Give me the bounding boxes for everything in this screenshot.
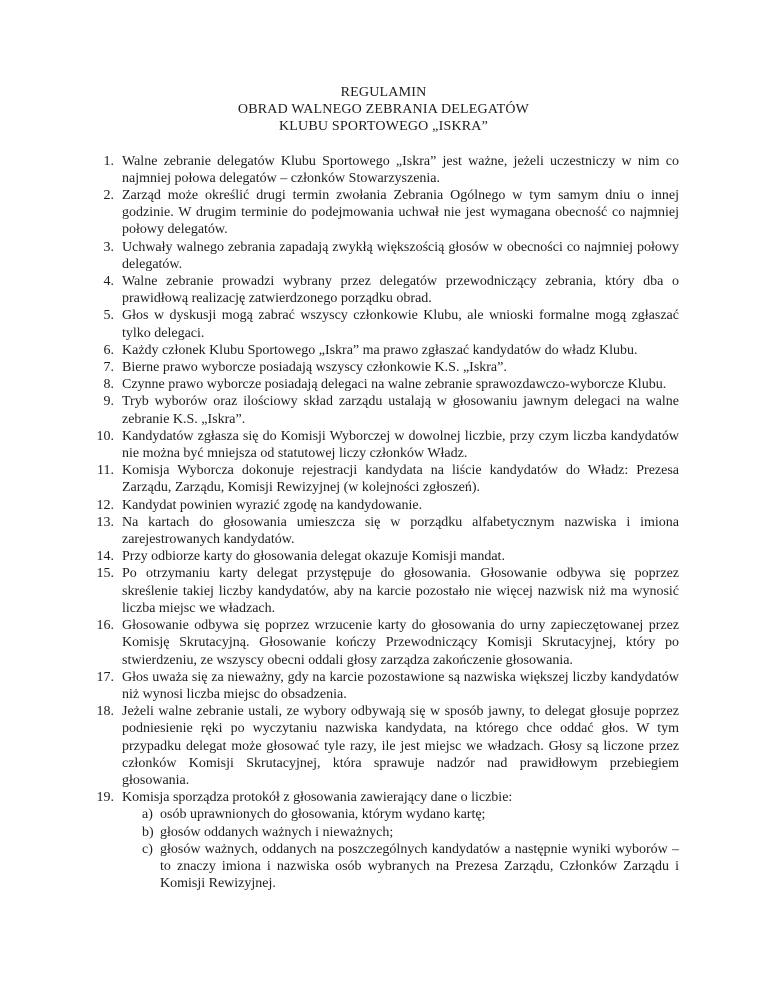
list-item: 5. Głos w dyskusji mogą zabrać wszyscy c… bbox=[88, 307, 679, 341]
sub-list-item: b) głosów oddanych ważnych i nieważnych; bbox=[142, 824, 679, 841]
list-item: 17. Głos uważa się za nieważny, gdy na k… bbox=[88, 669, 679, 703]
list-item-text: Walne zebranie delegatów Klubu Sportoweg… bbox=[122, 153, 679, 187]
list-item: 14. Przy odbiorze karty do głosowania de… bbox=[88, 548, 679, 565]
list-item-number: 10. bbox=[88, 428, 114, 462]
list-item-text: Kandydatów zgłasza się do Komisji Wyborc… bbox=[122, 428, 679, 462]
list-item: 9. Tryb wyborów oraz ilościowy skład zar… bbox=[88, 393, 679, 427]
list-item-number: 16. bbox=[88, 617, 114, 669]
list-item-number: 17. bbox=[88, 669, 114, 703]
list-item-number: 15. bbox=[88, 565, 114, 617]
list-item-number: 5. bbox=[88, 307, 114, 341]
list-item: 4. Walne zebranie prowadzi wybrany przez… bbox=[88, 273, 679, 307]
list-item: 7. Bierne prawo wyborcze posiadają wszys… bbox=[88, 359, 679, 376]
document-title: REGULAMIN OBRAD WALNEGO ZEBRANIA DELEGAT… bbox=[88, 0, 679, 136]
list-item-number: 7. bbox=[88, 359, 114, 376]
document-title-line-2: OBRAD WALNEGO ZEBRANIA DELEGATÓW bbox=[88, 101, 679, 118]
list-item: 10. Kandydatów zgłasza się do Komisji Wy… bbox=[88, 428, 679, 462]
sub-list-item-text: głosów ważnych, oddanych na poszczególny… bbox=[160, 841, 679, 893]
list-item-number: 9. bbox=[88, 393, 114, 427]
list-item: 18. Jeżeli walne zebranie ustali, ze wyb… bbox=[88, 703, 679, 789]
list-item-text: Bierne prawo wyborcze posiadają wszyscy … bbox=[122, 359, 679, 376]
list-item-text: Głosowanie odbywa się poprzez wrzucenie … bbox=[122, 617, 679, 669]
list-item-text: Uchwały walnego zebrania zapadają zwykłą… bbox=[122, 239, 679, 273]
document-page: REGULAMIN OBRAD WALNEGO ZEBRANIA DELEGAT… bbox=[0, 0, 768, 994]
list-item-text: Walne zebranie prowadzi wybrany przez de… bbox=[122, 273, 679, 307]
regulation-list: 1. Walne zebranie delegatów Klubu Sporto… bbox=[88, 153, 679, 893]
sub-list: a) osób uprawnionych do głosowania, któr… bbox=[142, 806, 679, 892]
list-item: 19. Komisja sporządza protokół z głosowa… bbox=[88, 789, 679, 892]
list-item-number: 11. bbox=[88, 462, 114, 496]
list-item-number: 12. bbox=[88, 497, 114, 514]
list-item-text: Czynne prawo wyborcze posiadają delegaci… bbox=[122, 376, 679, 393]
list-item-number: 6. bbox=[88, 342, 114, 359]
list-item-text: Każdy członek Klubu Sportowego „Iskra” m… bbox=[122, 342, 679, 359]
sub-list-item-text: głosów oddanych ważnych i nieważnych; bbox=[160, 824, 679, 841]
list-item: 1. Walne zebranie delegatów Klubu Sporto… bbox=[88, 153, 679, 187]
list-item-text: Komisja Wyborcza dokonuje rejestracji ka… bbox=[122, 462, 679, 496]
document-title-line-3: KLUBU SPORTOWEGO „ISKRA” bbox=[88, 118, 679, 135]
list-item-number: 18. bbox=[88, 703, 114, 789]
sub-list-item-marker: a) bbox=[142, 806, 160, 823]
list-item-number: 1. bbox=[88, 153, 114, 187]
sub-list-item-text: osób uprawnionych do głosowania, którym … bbox=[160, 806, 679, 823]
document-title-line-1: REGULAMIN bbox=[88, 84, 679, 101]
list-item-number: 4. bbox=[88, 273, 114, 307]
sub-list-item-marker: c) bbox=[142, 841, 160, 893]
list-item: 3. Uchwały walnego zebrania zapadają zwy… bbox=[88, 239, 679, 273]
list-item-text: Przy odbiorze karty do głosowania delega… bbox=[122, 548, 679, 565]
list-item-text: Po otrzymaniu karty delegat przystępuje … bbox=[122, 565, 679, 617]
list-item-text: Komisja sporządza protokół z głosowania … bbox=[122, 789, 679, 806]
sub-list-item: a) osób uprawnionych do głosowania, któr… bbox=[142, 806, 679, 823]
list-item: 11. Komisja Wyborcza dokonuje rejestracj… bbox=[88, 462, 679, 496]
list-item-number: 14. bbox=[88, 548, 114, 565]
list-item-text: Kandydat powinien wyrazić zgodę na kandy… bbox=[122, 497, 679, 514]
list-item-number: 19. bbox=[88, 789, 114, 892]
list-item: 15. Po otrzymaniu karty delegat przystęp… bbox=[88, 565, 679, 617]
list-item: 12. Kandydat powinien wyrazić zgodę na k… bbox=[88, 497, 679, 514]
list-item-number: 3. bbox=[88, 239, 114, 273]
list-item-text: Na kartach do głosowania umieszcza się w… bbox=[122, 514, 679, 548]
sub-list-item-marker: b) bbox=[142, 824, 160, 841]
list-item-text: Głos w dyskusji mogą zabrać wszyscy czło… bbox=[122, 307, 679, 341]
list-item: 8. Czynne prawo wyborcze posiadają deleg… bbox=[88, 376, 679, 393]
list-item-number: 13. bbox=[88, 514, 114, 548]
list-item: 2. Zarząd może określić drugi termin zwo… bbox=[88, 187, 679, 239]
list-item: 6. Każdy członek Klubu Sportowego „Iskra… bbox=[88, 342, 679, 359]
list-item-number: 2. bbox=[88, 187, 114, 239]
list-item-text: Tryb wyborów oraz ilościowy skład zarząd… bbox=[122, 393, 679, 427]
list-item-number: 8. bbox=[88, 376, 114, 393]
sub-list-item: c) głosów ważnych, oddanych na poszczegó… bbox=[142, 841, 679, 893]
list-item-text: Głos uważa się za nieważny, gdy na karci… bbox=[122, 669, 679, 703]
list-item: 16. Głosowanie odbywa się poprzez wrzuce… bbox=[88, 617, 679, 669]
list-item-text: Jeżeli walne zebranie ustali, ze wybory … bbox=[122, 703, 679, 789]
list-item-text: Zarząd może określić drugi termin zwołan… bbox=[122, 187, 679, 239]
list-item: 13. Na kartach do głosowania umieszcza s… bbox=[88, 514, 679, 548]
